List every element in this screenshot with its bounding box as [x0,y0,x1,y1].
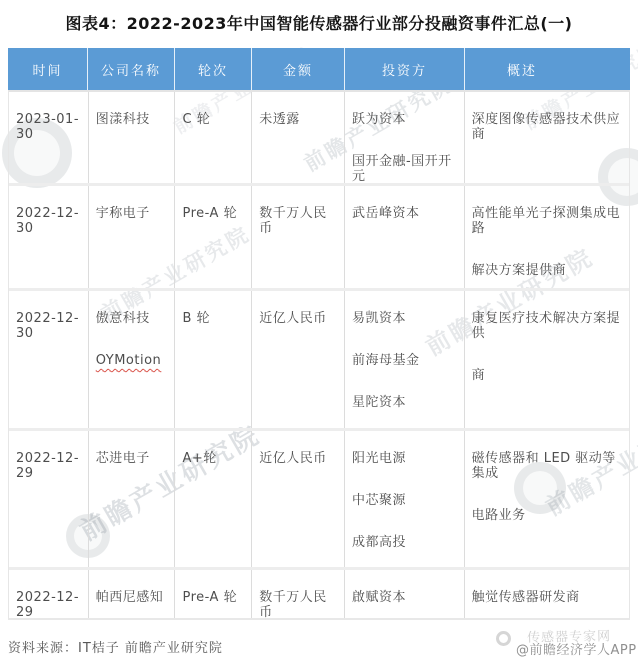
cell-investors: 易凯资本前海母基金星陀资本 [345,291,465,428]
cell-amount: 数千万人民币 [252,186,345,288]
cell-line: 国开金融-国开开元 [352,154,460,183]
cell-line: 武岳峰资本 [352,206,460,221]
cell-line: 帕西尼感知 [96,590,171,605]
cell-line: 宇称电子 [96,206,171,221]
cell-line: 电路业务 [472,508,625,523]
cell-summary: 深度图像传感器技术供应商 [465,92,629,183]
cell-line: 高性能单光子探测集成电路 [472,206,625,236]
cell-summary: 高性能单光子探测集成电路解决方案提供商 [465,186,629,288]
table-body: 2023-01-30 图漾科技 C 轮 未透露 跃为资本国开金融-国开开元 深度… [8,90,630,620]
cell-company: 宇称电子 [89,186,176,288]
cell-date: 2022-12-30 [9,291,89,428]
table-header-row: 时间公司名称轮次金额投资方概述 [8,48,630,90]
cell-summary: 磁传感器和 LED 驱动等集成电路业务 [465,431,629,567]
table-row: 2022-12-29 帕西尼感知 Pre-A 轮 数千万人民币 啟赋资本 触觉传… [9,567,629,618]
page-title: 图表4：2022-2023年中国智能传感器行业部分投融资事件汇总(一) [0,11,638,34]
cell-summary: 康复医疗技术解决方案提供商 [465,291,629,428]
cell-line: 磁传感器和 LED 驱动等集成 [472,451,625,481]
cell-line: 成都高投 [352,535,460,550]
cell-line: 数千万人民币 [259,206,340,236]
column-header-0: 时间 [8,48,88,90]
column-header-2: 轮次 [175,48,252,90]
cell-line: 芯进电子 [96,451,171,466]
cell-round: B 轮 [175,291,252,428]
cell-line: B 轮 [182,311,247,326]
cell-company: 傲意科技OYMotion [89,291,176,428]
column-header-5: 概述 [465,48,630,90]
cell-line: 数千万人民币 [259,590,340,618]
cell-amount: 未透露 [252,92,345,183]
table-row: 2023-01-30 图漾科技 C 轮 未透露 跃为资本国开金融-国开开元 深度… [9,90,629,183]
cell-line: 2022-12-29 [16,451,84,481]
cell-date: 2022-12-29 [9,570,89,618]
cell-line: 啟赋资本 [352,590,460,605]
cell-summary: 触觉传感器研发商 [465,570,629,618]
cell-date: 2023-01-30 [9,92,89,183]
column-header-1: 公司名称 [88,48,175,90]
cell-investors: 跃为资本国开金融-国开开元 [345,92,465,183]
cell-round: C 轮 [175,92,252,183]
cell-company: 帕西尼感知 [89,570,176,618]
cell-investors: 武岳峰资本 [345,186,465,288]
cell-line: C 轮 [182,112,247,127]
cell-date: 2022-12-30 [9,186,89,288]
cell-round: Pre-A 轮 [175,186,252,288]
cell-line: 深度图像传感器技术供应商 [472,112,625,142]
cell-line: 近亿人民币 [259,311,340,326]
cell-line: 2022-12-29 [16,590,84,618]
cell-amount: 近亿人民币 [252,291,345,428]
cell-line: 商 [472,368,625,383]
cell-line: 前海母基金 [352,353,460,368]
cell-line: 星陀资本 [352,395,460,410]
cell-round: Pre-A 轮 [175,570,252,618]
cell-line: 2022-12-30 [16,206,84,236]
cell-line: OYMotion [96,353,171,368]
cell-line: 阳光电源 [352,451,460,466]
cell-line: 近亿人民币 [259,451,340,466]
source-note: 资料来源：IT桔子 前瞻产业研究院 [8,637,223,656]
table-row: 2022-12-30 傲意科技OYMotion B 轮 近亿人民币 易凯资本前海… [9,288,629,428]
cell-date: 2022-12-29 [9,431,89,567]
cell-amount: 近亿人民币 [252,431,345,567]
cell-line: 康复医疗技术解决方案提供 [472,311,625,341]
table-row: 2022-12-29 芯进电子 A+轮 近亿人民币 阳光电源中芯聚源成都高投 磁… [9,428,629,567]
cell-line: 触觉传感器研发商 [472,590,625,605]
cell-line: Pre-A 轮 [182,206,247,221]
cell-company: 芯进电子 [89,431,176,567]
cell-line: 跃为资本 [352,112,460,127]
cell-line: 易凯资本 [352,311,460,326]
column-header-4: 投资方 [345,48,465,90]
cell-investors: 阳光电源中芯聚源成都高投 [345,431,465,567]
figure: 图表4：2022-2023年中国智能传感器行业部分投融资事件汇总(一) 前瞻产业… [0,0,638,668]
table-row: 2022-12-30 宇称电子 Pre-A 轮 数千万人民币 武岳峰资本 高性能… [9,183,629,288]
cell-line: 傲意科技 [96,311,171,326]
logo-badge-icon [496,631,511,646]
cell-line: 2022-12-30 [16,311,84,341]
cell-line: A+轮 [182,451,247,466]
cell-amount: 数千万人民币 [252,570,345,618]
cell-line: 图漾科技 [96,112,171,127]
cell-investors: 啟赋资本 [345,570,465,618]
cell-line: 2023-01-30 [16,112,84,142]
column-header-3: 金额 [252,48,345,90]
credit-text: @前瞻经济学人APP [516,639,637,658]
cell-line: 未透露 [259,112,340,127]
cell-round: A+轮 [175,431,252,567]
cell-line: 解决方案提供商 [472,263,625,278]
cell-company: 图漾科技 [89,92,176,183]
cell-line: Pre-A 轮 [182,590,247,605]
cell-line: 中芯聚源 [352,493,460,508]
financing-events-table: 时间公司名称轮次金额投资方概述 2023-01-30 图漾科技 C 轮 未透露 … [8,48,630,620]
